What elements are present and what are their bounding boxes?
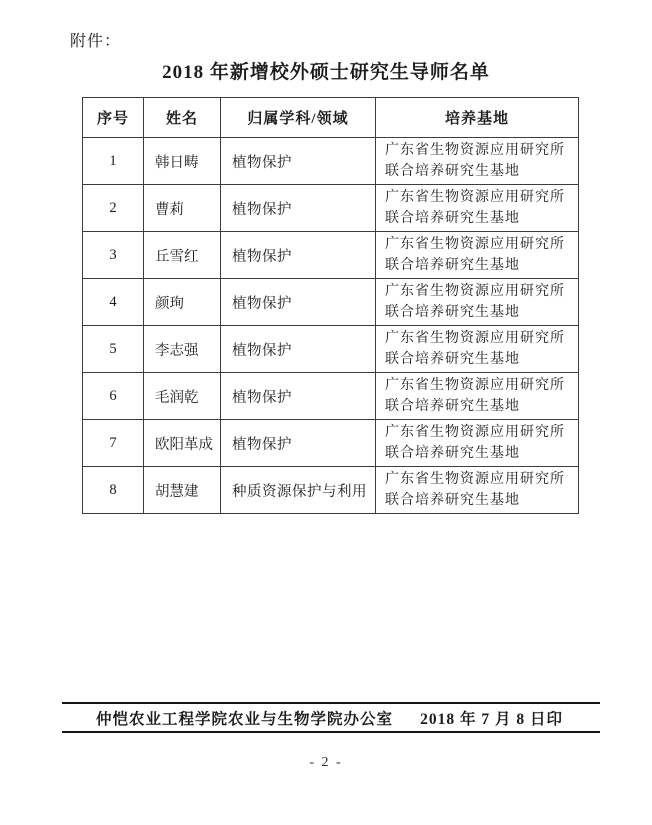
cell-base: 广东省生物资源应用研究所 联合培养研究生基地 — [376, 232, 579, 279]
table-row: 2 曹莉 植物保护 广东省生物资源应用研究所 联合培养研究生基地 — [83, 185, 579, 232]
col-header-field: 归属学科/领域 — [221, 98, 376, 138]
cell-base: 广东省生物资源应用研究所 联合培养研究生基地 — [376, 185, 579, 232]
table-row: 4 颜珣 植物保护 广东省生物资源应用研究所 联合培养研究生基地 — [83, 279, 579, 326]
col-header-no: 序号 — [83, 98, 144, 138]
cell-no: 1 — [83, 138, 144, 185]
table-row: 3 丘雪红 植物保护 广东省生物资源应用研究所 联合培养研究生基地 — [83, 232, 579, 279]
cell-field: 植物保护 — [221, 138, 376, 185]
cell-no: 5 — [83, 326, 144, 373]
cell-no: 6 — [83, 373, 144, 420]
table-header-row: 序号 姓名 归属学科/领域 培养基地 — [83, 98, 579, 138]
page-title: 2018 年新增校外硕士研究生导师名单 — [0, 57, 652, 84]
page-number: - 2 - — [0, 755, 652, 771]
cell-no: 7 — [83, 420, 144, 467]
cell-base: 广东省生物资源应用研究所 联合培养研究生基地 — [376, 138, 579, 185]
table-row: 1 韩日畴 植物保护 广东省生物资源应用研究所 联合培养研究生基地 — [83, 138, 579, 185]
attachment-label: 附件： — [70, 28, 121, 51]
cell-name: 颜珣 — [144, 279, 221, 326]
cell-field: 植物保护 — [221, 326, 376, 373]
table-row: 5 李志强 植物保护 广东省生物资源应用研究所 联合培养研究生基地 — [83, 326, 579, 373]
cell-name: 曹莉 — [144, 185, 221, 232]
cell-no: 3 — [83, 232, 144, 279]
cell-base: 广东省生物资源应用研究所 联合培养研究生基地 — [376, 467, 579, 514]
footer-office: 仲恺农业工程学院农业与生物学院办公室 — [96, 707, 393, 729]
footer-bar: 仲恺农业工程学院农业与生物学院办公室 2018 年 7 月 8 日印 — [62, 702, 600, 733]
cell-base: 广东省生物资源应用研究所 联合培养研究生基地 — [376, 279, 579, 326]
cell-field: 植物保护 — [221, 373, 376, 420]
table-row: 7 欧阳革成 植物保护 广东省生物资源应用研究所 联合培养研究生基地 — [83, 420, 579, 467]
cell-base: 广东省生物资源应用研究所 联合培养研究生基地 — [376, 326, 579, 373]
cell-name: 丘雪红 — [144, 232, 221, 279]
col-header-name: 姓名 — [144, 98, 221, 138]
cell-field: 植物保护 — [221, 232, 376, 279]
cell-no: 4 — [83, 279, 144, 326]
supervisor-table: 序号 姓名 归属学科/领域 培养基地 1 韩日畴 植物保护 广东省生物资源应用研… — [82, 97, 579, 514]
cell-name: 毛润乾 — [144, 373, 221, 420]
document-page: 附件： 2018 年新增校外硕士研究生导师名单 序号 姓名 归属学科/领域 培养… — [0, 0, 652, 825]
cell-name: 欧阳革成 — [144, 420, 221, 467]
cell-no: 8 — [83, 467, 144, 514]
footer-print-date: 2018 年 7 月 8 日印 — [420, 707, 563, 729]
cell-no: 2 — [83, 185, 144, 232]
cell-field: 种质资源保护与利用 — [221, 467, 376, 514]
table-row: 6 毛润乾 植物保护 广东省生物资源应用研究所 联合培养研究生基地 — [83, 373, 579, 420]
cell-base: 广东省生物资源应用研究所 联合培养研究生基地 — [376, 420, 579, 467]
col-header-base: 培养基地 — [376, 98, 579, 138]
cell-name: 韩日畴 — [144, 138, 221, 185]
cell-field: 植物保护 — [221, 185, 376, 232]
table-row: 8 胡慧建 种质资源保护与利用 广东省生物资源应用研究所 联合培养研究生基地 — [83, 467, 579, 514]
cell-name: 李志强 — [144, 326, 221, 373]
cell-field: 植物保护 — [221, 420, 376, 467]
cell-field: 植物保护 — [221, 279, 376, 326]
cell-name: 胡慧建 — [144, 467, 221, 514]
cell-base: 广东省生物资源应用研究所 联合培养研究生基地 — [376, 373, 579, 420]
